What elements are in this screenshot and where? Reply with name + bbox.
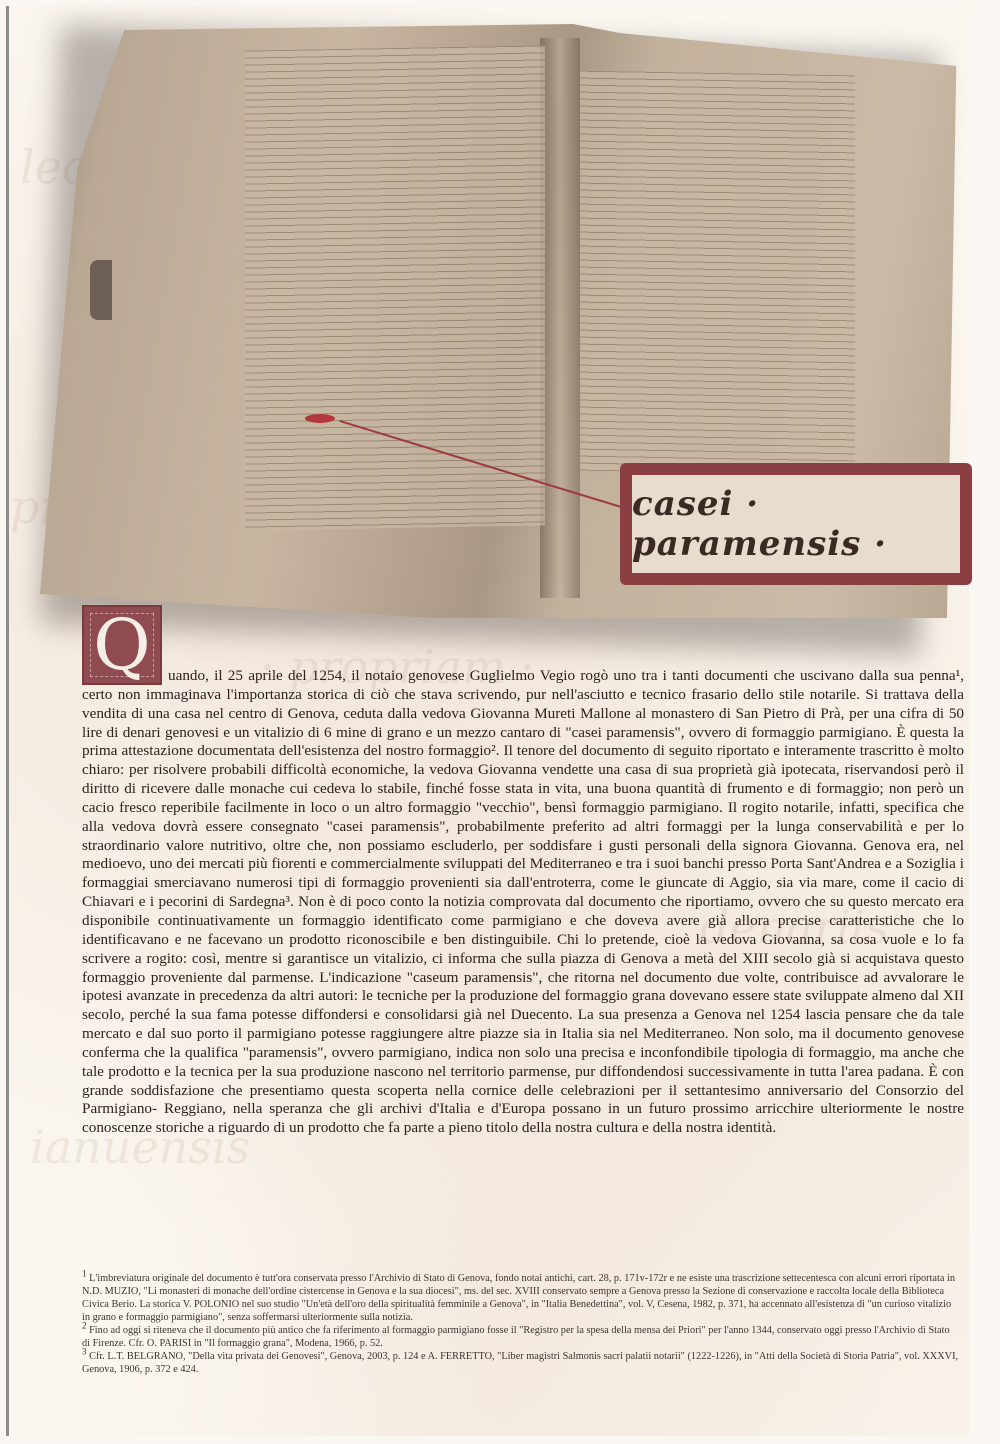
footnote-2: 2 Fino ad oggi si riteneva che il docume… xyxy=(82,1324,960,1350)
article-paragraph: uando, il 25 aprile del 1254, il notaio … xyxy=(82,605,964,1138)
inset-handwriting: casei · paramensis · xyxy=(632,475,960,573)
text-line: uando, il 25 aprile del 1254, il notaio … xyxy=(168,667,859,684)
book-spine xyxy=(540,38,580,598)
book-clasp xyxy=(90,260,112,320)
text-line: conoscenze storiche a riguardo di un pro… xyxy=(82,1119,776,1136)
detail-inset: casei · paramensis · xyxy=(620,463,972,585)
footnote-number: 2 xyxy=(82,1321,87,1331)
text-line: Reggiano, nella speranza che gli archivi… xyxy=(164,1100,964,1117)
text-line: in precedenza da altri autori: le tecnic… xyxy=(184,987,921,1004)
footnotes: 1 L'imbreviatura originale del documento… xyxy=(82,1272,960,1376)
manuscript-left-page xyxy=(245,45,545,530)
text-line: smerciavano numerosi tipi di formaggio p… xyxy=(154,874,915,891)
highlight-mark xyxy=(305,414,335,423)
text-line: probabili difficoltà economiche, la vedo… xyxy=(211,761,964,778)
footnote-text: Fino ad oggi si riteneva che il document… xyxy=(82,1325,950,1349)
footnote-3: 3 Cfr. L.T. BELGRANO, "Della vita privat… xyxy=(82,1350,960,1376)
footnote-text: Cfr. L.T. BELGRANO, "Della vita privata … xyxy=(82,1351,958,1375)
dropcap-initial: Q xyxy=(82,605,162,685)
manuscript-right-page xyxy=(580,71,855,476)
footnote-text: L'imbreviatura originale del documento è… xyxy=(82,1273,955,1323)
footnote-number: 3 xyxy=(82,1347,87,1357)
footnote-1: 1 L'imbreviatura originale del documento… xyxy=(82,1272,960,1324)
article-body: Q uando, il 25 aprile del 1254, il notai… xyxy=(82,605,964,1138)
dropcap-spacer xyxy=(82,605,964,667)
text-line: diritto di ricevere dalle monache cui ce… xyxy=(82,780,816,797)
footnote-number: 1 xyxy=(82,1269,87,1279)
